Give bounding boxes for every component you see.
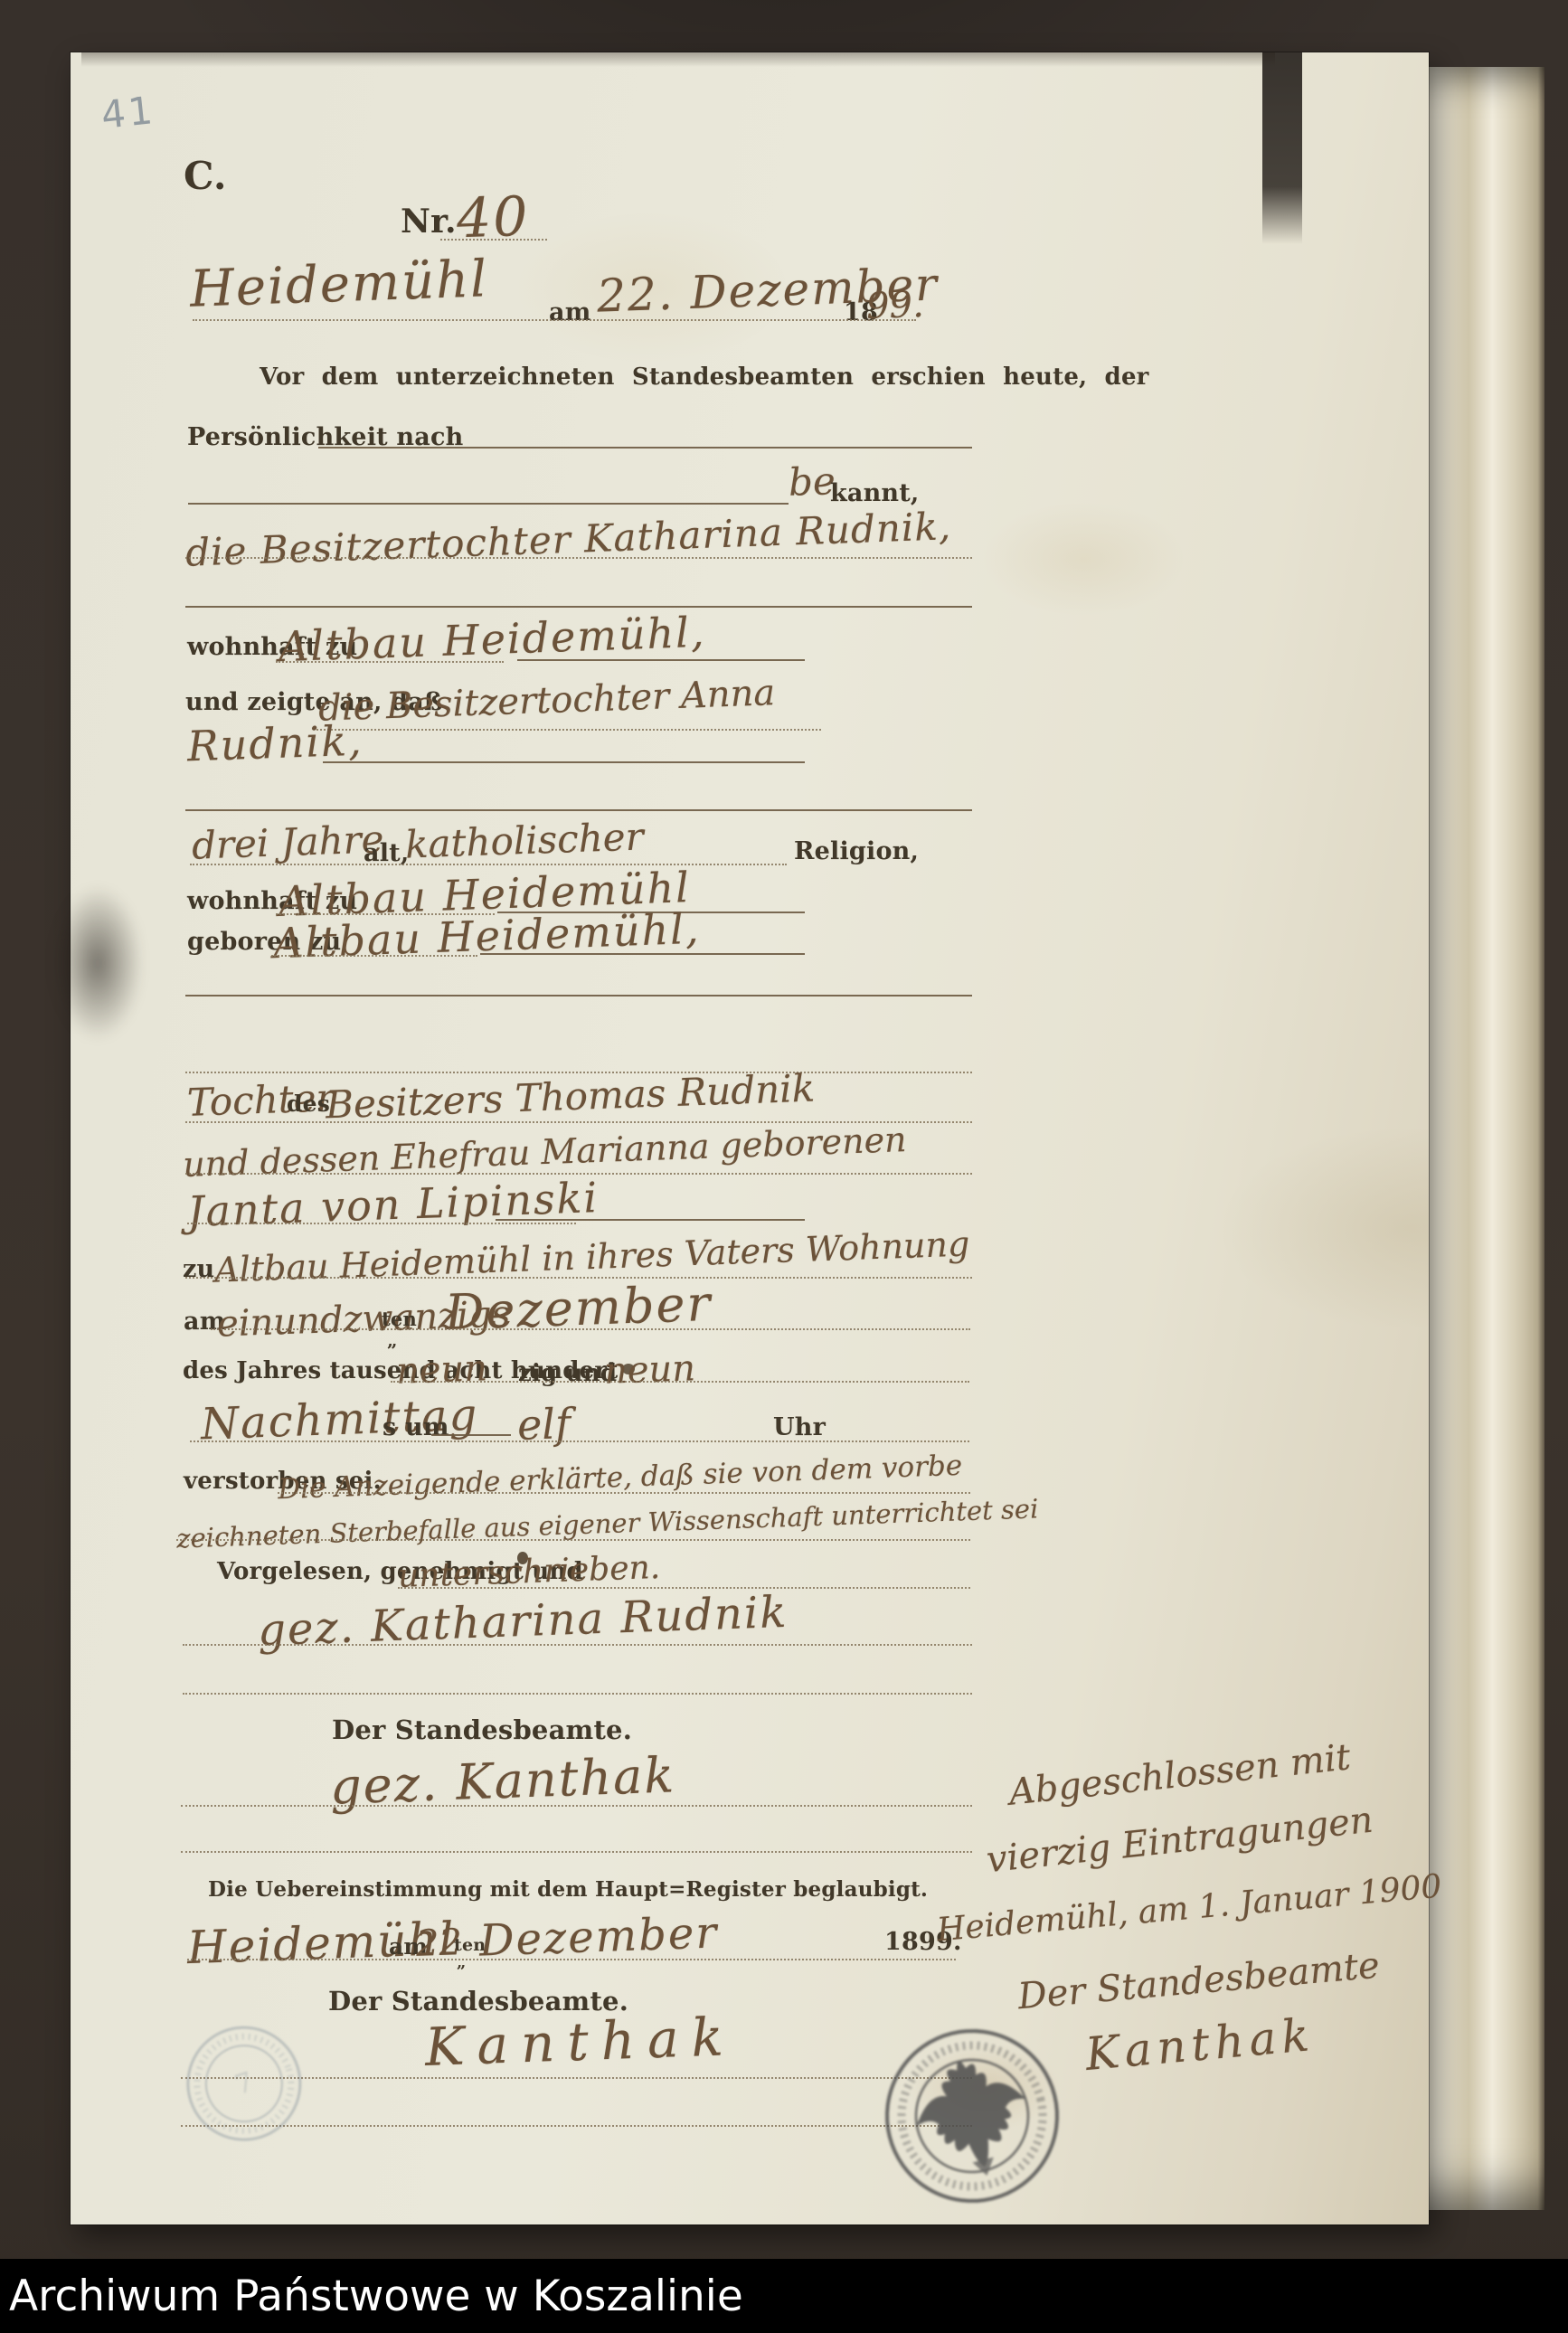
ruled-line [181, 1805, 972, 1807]
intro-line: Vor dem unterzeichneten Standesbeamten e… [260, 364, 1149, 391]
ruled-line [391, 1381, 969, 1383]
des-label: des [287, 1091, 330, 1117]
ruled-line [181, 1851, 972, 1853]
page-top-edge [81, 52, 1275, 67]
ruled-line [517, 659, 805, 661]
ruled-line [316, 729, 821, 731]
bekannt-written: be [788, 458, 836, 505]
ruled-line [185, 995, 972, 996]
ditto-mark: „ [457, 1953, 466, 1972]
archive-watermark-text: Archiwum Państwowe w Koszalinie [9, 2272, 743, 2321]
section-letter: C. [184, 154, 227, 198]
ruled-line [193, 319, 916, 321]
zu-label: zu [183, 1255, 214, 1283]
svg-text:7: 7 [231, 2066, 258, 2102]
ruled-line [318, 447, 972, 449]
ruled-line [276, 661, 504, 663]
year-part1: neun [395, 1347, 488, 1392]
certification-month: Dezember [478, 1907, 719, 1966]
ruled-line [278, 1492, 970, 1494]
s-um-label: s um [383, 1413, 449, 1441]
ruled-line [211, 1328, 970, 1330]
ruled-line [185, 606, 972, 608]
archive-watermark-bar: Archiwum Państwowe w Koszalinie [0, 2259, 1568, 2333]
zigund-label: zig und [518, 1360, 617, 1387]
ruled-line [185, 557, 972, 559]
ruled-line [176, 1539, 970, 1541]
ruled-line [187, 1959, 956, 1960]
ruled-line [431, 1434, 511, 1436]
ruled-line [183, 1693, 972, 1695]
religion-label: Religion, [794, 837, 919, 865]
record-number-label: Nr. [401, 203, 457, 241]
bekannt-printed: kannt, [830, 479, 920, 507]
religion-value: katholischer [404, 814, 644, 866]
certification-signature: Kanthak [424, 2006, 737, 2078]
record-number-value: 40 [456, 185, 531, 251]
ruled-line [187, 1223, 576, 1224]
ruled-line [440, 239, 547, 241]
ruled-line [323, 761, 805, 763]
edge-smudge [52, 886, 143, 1040]
age-value: drei Jahre [191, 817, 384, 867]
uhr-label: Uhr [773, 1413, 826, 1441]
ruled-line [271, 955, 477, 957]
pencil-page-number: 41 [99, 88, 157, 137]
binding-seam [1262, 52, 1302, 244]
ten-label: ten [382, 1308, 417, 1330]
ruled-line [190, 1440, 969, 1442]
death-month: Dezember [444, 1275, 713, 1341]
ruled-line [185, 1277, 972, 1279]
ruled-line [185, 809, 972, 811]
ruled-line [480, 953, 805, 955]
ruled-line [190, 864, 787, 865]
entry-place: Heidemühl [189, 250, 489, 318]
am-label: am [549, 298, 590, 326]
year-part2: neun [603, 1347, 696, 1392]
ditto-mark: „ [387, 1329, 398, 1351]
ruled-line [188, 503, 789, 505]
ruled-line [496, 1219, 805, 1221]
ruled-line [183, 1644, 972, 1646]
certification-text: Die Uebereinstimmung mit dem Haupt=Regis… [208, 1877, 928, 1902]
registrar-title: Der Standesbeamte. [332, 1714, 632, 1745]
ruled-line [398, 1587, 970, 1589]
